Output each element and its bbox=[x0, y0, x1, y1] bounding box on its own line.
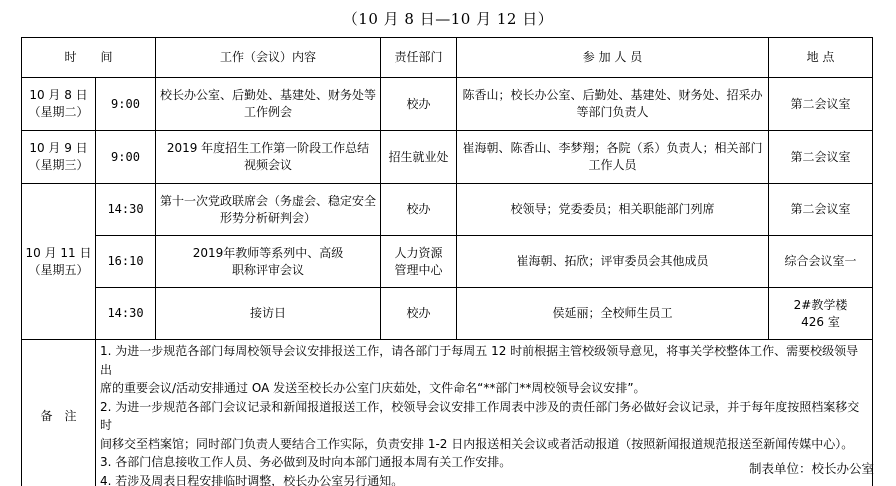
content-cell: 2019 年度招生工作第一阶段工作总结 视频会议 bbox=[156, 131, 381, 184]
date-cell: 10 月 11 日 （星期五） bbox=[22, 184, 96, 340]
participants-cell: 陈香山；校长办公室、后勤处、基建处、财务处、招采办 等部门负责人 bbox=[457, 78, 769, 131]
content-cell: 2019年教师等系列中、高级 职称评审会议 bbox=[156, 236, 381, 288]
participants-cell: 校领导；党委委员；相关职能部门列席 bbox=[457, 184, 769, 236]
remark-line: 席的重要会议/活动安排通过 OA 发送至校长办公室门庆茹处，文件命名“**部门*… bbox=[100, 379, 868, 398]
time-cell: 16:10 bbox=[96, 236, 156, 288]
content-cell: 第十一次党政联席会（务虚会、稳定安全 形势分析研判会） bbox=[156, 184, 381, 236]
table-row: 10 月 11 日 （星期五） 14:30 第十一次党政联席会（务虚会、稳定安全… bbox=[22, 184, 873, 236]
location-cell: 综合会议室一 bbox=[769, 236, 873, 288]
time-cell: 14:30 bbox=[96, 288, 156, 340]
remarks-row: 备 注 1. 为进一步规范各部门每周校领导会议安排报送工作，请各部门于每周五 1… bbox=[22, 340, 873, 486]
participants-cell: 崔海朝、拓欣；评审委员会其他成员 bbox=[457, 236, 769, 288]
table-row: 10 月 9 日 （星期三） 9:00 2019 年度招生工作第一阶段工作总结 … bbox=[22, 131, 873, 184]
department-cell: 人力资源 管理中心 bbox=[381, 236, 457, 288]
location-cell: 第二会议室 bbox=[769, 184, 873, 236]
time-cell: 14:30 bbox=[96, 184, 156, 236]
content-cell: 校长办公室、后勤处、基建处、财务处等 工作例会 bbox=[156, 78, 381, 131]
remark-line: 2. 为进一步规范各部门会议记录和新闻报道报送工作，校领导会议安排工作周表中涉及… bbox=[100, 398, 868, 435]
department-cell: 校办 bbox=[381, 184, 457, 236]
header-participants: 参 加 人 员 bbox=[457, 38, 769, 78]
date-cell: 10 月 9 日 （星期三） bbox=[22, 131, 96, 184]
remark-line: 1. 为进一步规范各部门每周校领导会议安排报送工作，请各部门于每周五 12 时前… bbox=[100, 342, 868, 379]
weekly-schedule-table: 时 间 工作（会议）内容 责任部门 参 加 人 员 地 点 10 月 8 日 （… bbox=[21, 37, 873, 486]
header-location: 地 点 bbox=[769, 38, 873, 78]
department-cell: 校办 bbox=[381, 288, 457, 340]
table-row: 16:10 2019年教师等系列中、高级 职称评审会议 人力资源 管理中心 崔海… bbox=[22, 236, 873, 288]
issuing-unit: 制表单位：校长办公室 bbox=[749, 459, 874, 477]
header-content: 工作（会议）内容 bbox=[156, 38, 381, 78]
table-row: 10 月 8 日 （星期二） 9:00 校长办公室、后勤处、基建处、财务处等 工… bbox=[22, 78, 873, 131]
location-cell: 第二会议室 bbox=[769, 78, 873, 131]
time-cell: 9:00 bbox=[96, 131, 156, 184]
department-cell: 招生就业处 bbox=[381, 131, 457, 184]
location-cell: 第二会议室 bbox=[769, 131, 873, 184]
location-cell: 2#教学楼 426 室 bbox=[769, 288, 873, 340]
department-cell: 校办 bbox=[381, 78, 457, 131]
header-time: 时 间 bbox=[22, 38, 156, 78]
header-row: 时 间 工作（会议）内容 责任部门 参 加 人 员 地 点 bbox=[22, 38, 873, 78]
date-cell: 10 月 8 日 （星期二） bbox=[22, 78, 96, 131]
schedule-date-range-title: （10 月 8 日—10 月 12 日） bbox=[0, 8, 896, 29]
table-row: 14:30 接访日 校办 侯延丽；全校师生员工 2#教学楼 426 室 bbox=[22, 288, 873, 340]
remark-line: 间移交至档案馆；同时部门负责人要结合工作实际，负责安排 1-2 日内报送相关会议… bbox=[100, 435, 868, 454]
time-cell: 9:00 bbox=[96, 78, 156, 131]
content-cell: 接访日 bbox=[156, 288, 381, 340]
header-department: 责任部门 bbox=[381, 38, 457, 78]
remarks-label: 备 注 bbox=[22, 340, 96, 486]
participants-cell: 崔海朝、陈香山、李梦翔；各院（系）负责人；相关部门 工作人员 bbox=[457, 131, 769, 184]
participants-cell: 侯延丽；全校师生员工 bbox=[457, 288, 769, 340]
